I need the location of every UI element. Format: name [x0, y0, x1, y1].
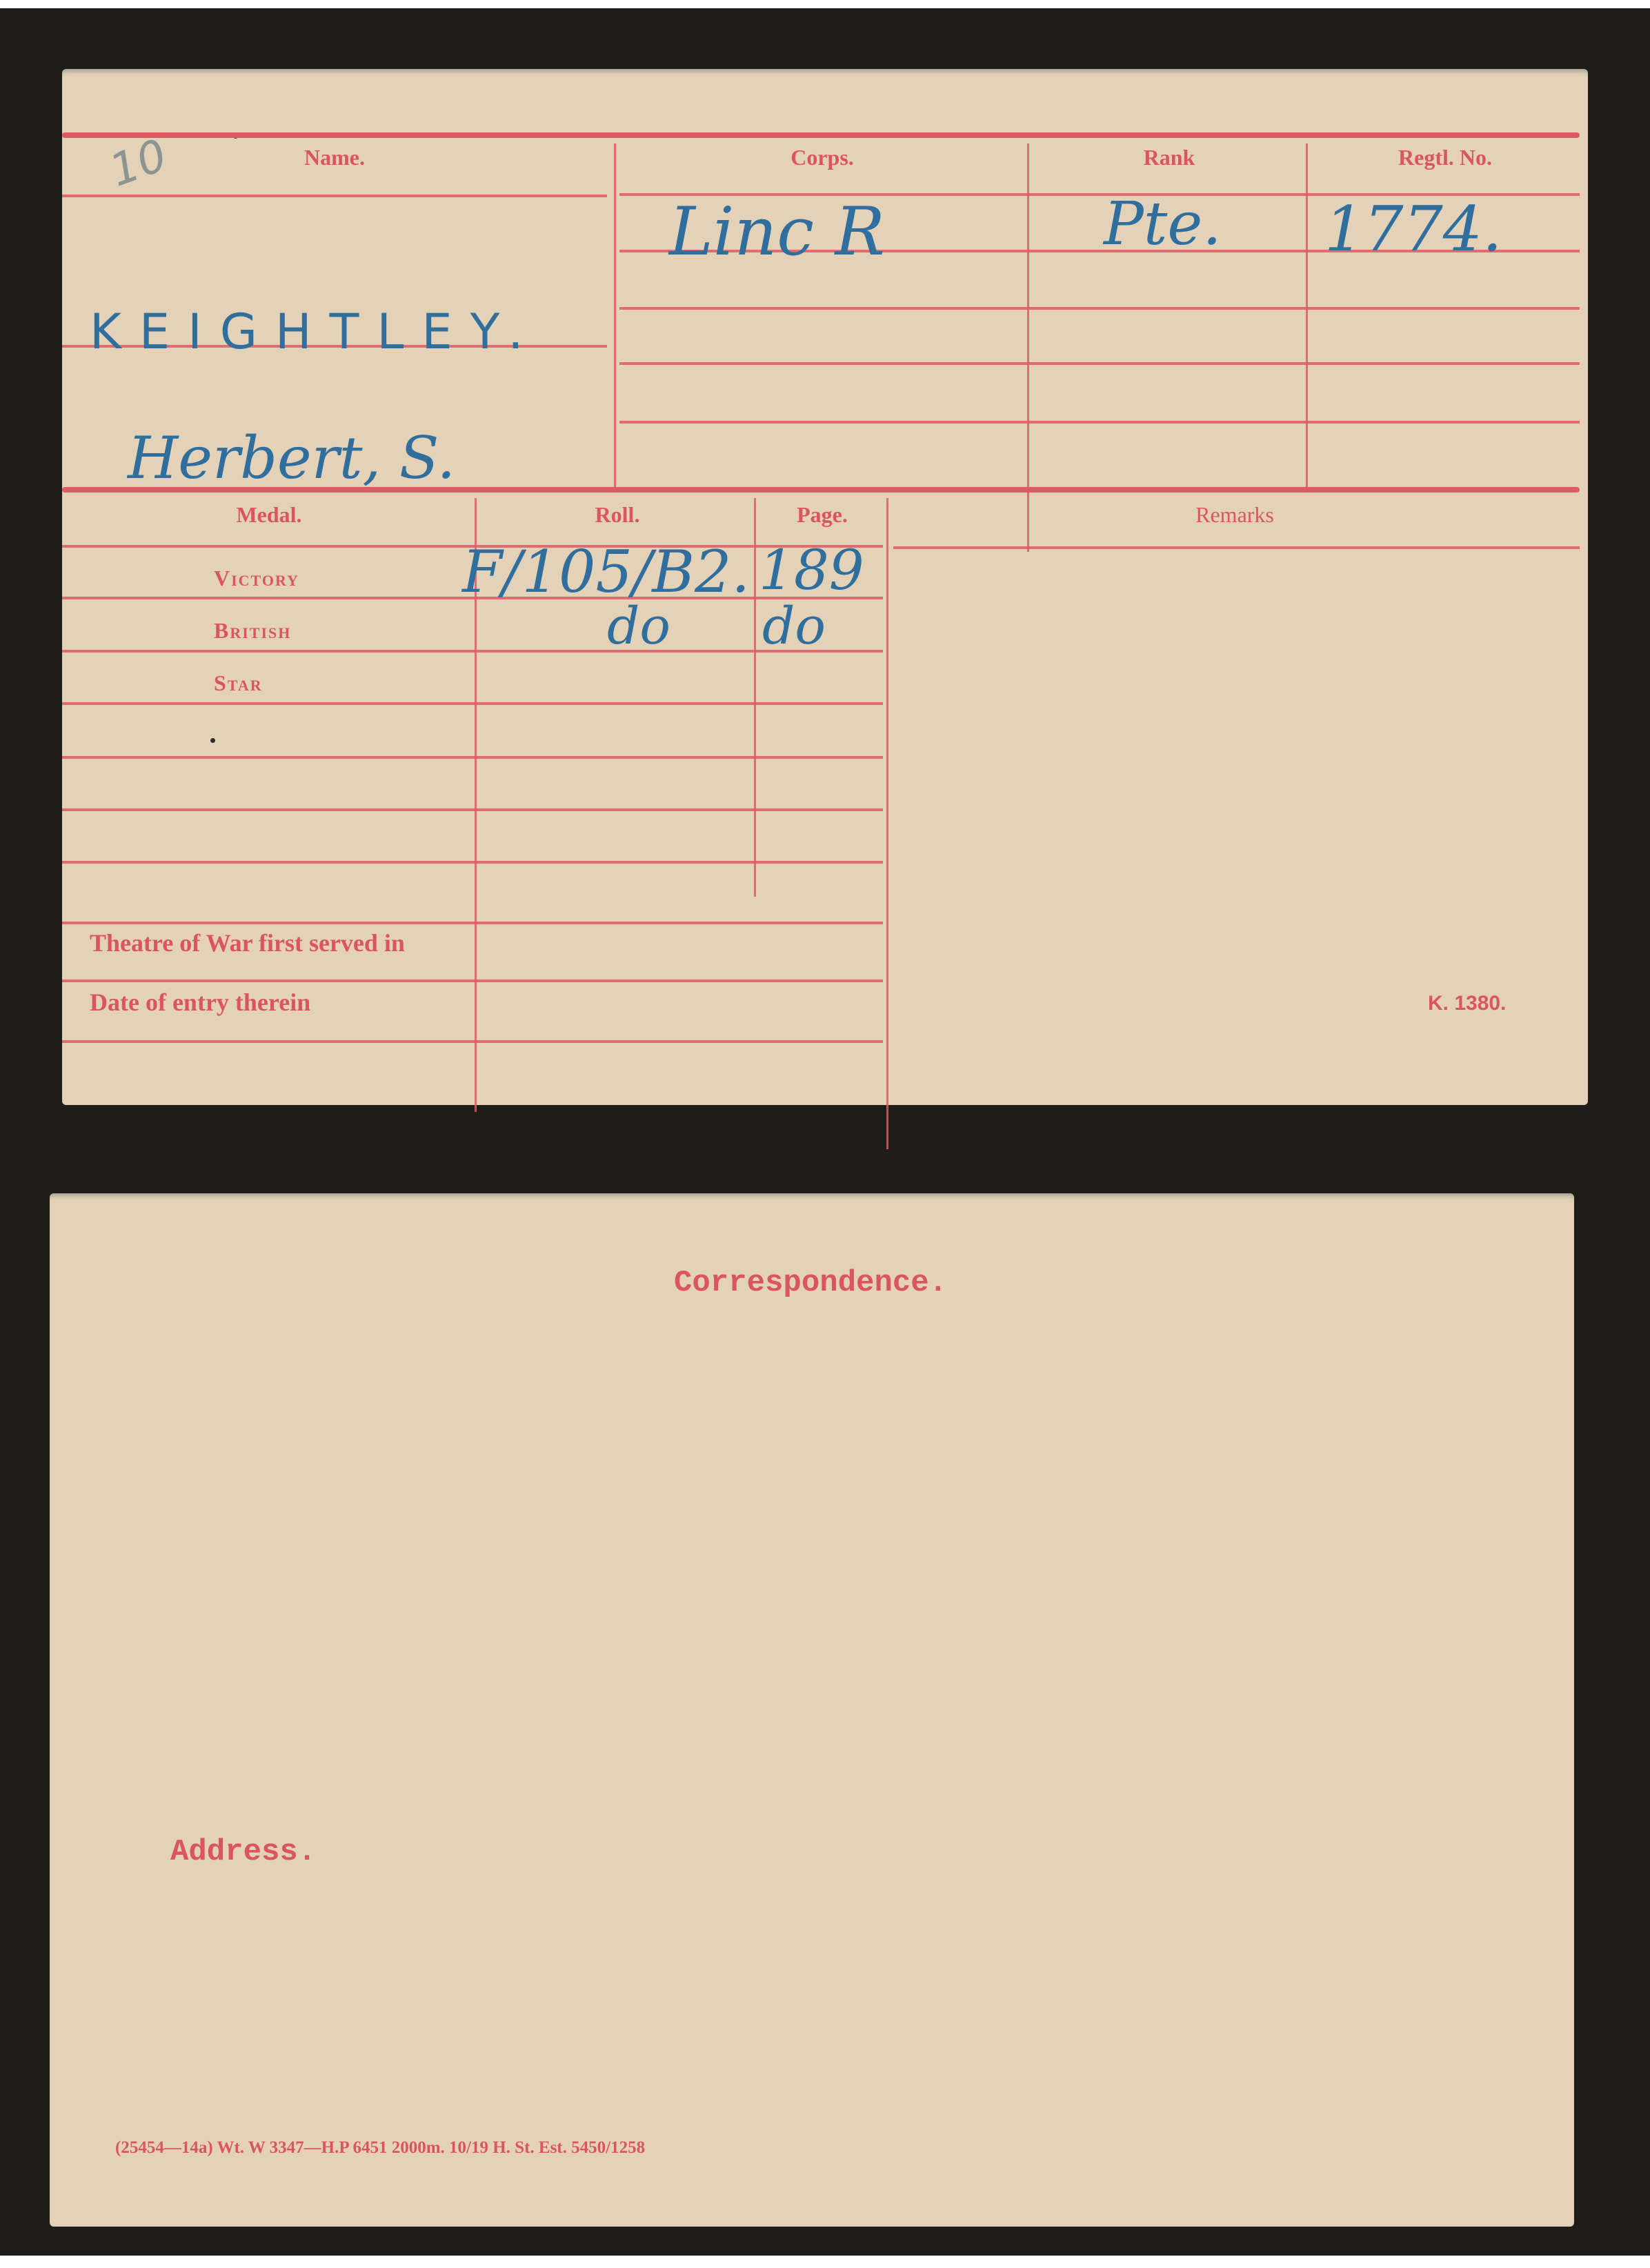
medal-row-rule	[62, 922, 883, 924]
medal-row-rule	[62, 808, 883, 811]
medal-victory-label: Victory	[214, 566, 299, 591]
row-rule	[619, 421, 1580, 424]
correspondence-heading: Correspondence.	[674, 1266, 947, 1300]
name-rule	[62, 195, 607, 197]
row-rule	[619, 362, 1580, 365]
medal-row-rule	[62, 979, 883, 982]
medal-row-rule	[62, 756, 883, 759]
printer-imprint: (25454—14a) Wt. W 3347—H.P 6451 2000m. 1…	[115, 2138, 645, 2158]
forenames-entry: Herbert, S.	[128, 424, 455, 492]
theatre-of-war-label: Theatre of War first served in	[90, 928, 405, 957]
address-heading: Address.	[170, 1835, 316, 1869]
medal-star-label: Star	[214, 670, 263, 696]
medal-british-label: British	[214, 618, 291, 644]
remarks-rule	[893, 546, 1580, 549]
header-corps: Corps.	[791, 145, 854, 170]
roll-british-entry: do	[607, 597, 670, 656]
page-british-entry: do	[762, 597, 826, 656]
form-number: K. 1380.	[1428, 992, 1506, 1015]
medal-row-rule	[62, 861, 883, 864]
rank-entry: Pte.	[1104, 190, 1222, 259]
divider-roll-page	[754, 498, 756, 897]
header-page: Page.	[797, 502, 848, 528]
header-remarks: Remarks	[1195, 502, 1274, 528]
pencil-reference-mark: 10	[103, 130, 174, 197]
medal-row-rule	[62, 1040, 883, 1043]
ink-speck	[210, 738, 215, 743]
header-rank: Rank	[1144, 145, 1195, 170]
header-regt-no: Regtl. No.	[1398, 145, 1492, 170]
surname-entry: KEIGHTLEY.	[90, 304, 541, 360]
header-name: Name.	[304, 145, 365, 170]
medal-index-card-back: Correspondence. Address. (25454—14a) Wt.…	[50, 1193, 1574, 2227]
medal-row-rule	[62, 702, 883, 705]
divider-name-corps	[614, 143, 616, 488]
header-medal: Medal.	[236, 502, 301, 528]
page-victory-entry: 189	[759, 538, 864, 602]
date-of-entry-label: Date of entry therein	[90, 988, 310, 1017]
roll-victory-entry: F/105/B2.	[462, 538, 750, 606]
row-rule	[619, 307, 1580, 310]
top-rule	[62, 132, 1580, 138]
divider-page-remarks	[886, 498, 888, 1149]
section-rule	[62, 487, 1580, 493]
header-roll: Roll.	[595, 502, 640, 528]
medal-row-rule	[62, 650, 883, 653]
regt-no-entry: 1774.	[1324, 193, 1502, 266]
corps-entry: Linc R	[669, 193, 885, 270]
medal-index-card-front: 10 Name. Corps. Rank Regtl. No. KEIGHTLE…	[62, 69, 1588, 1105]
